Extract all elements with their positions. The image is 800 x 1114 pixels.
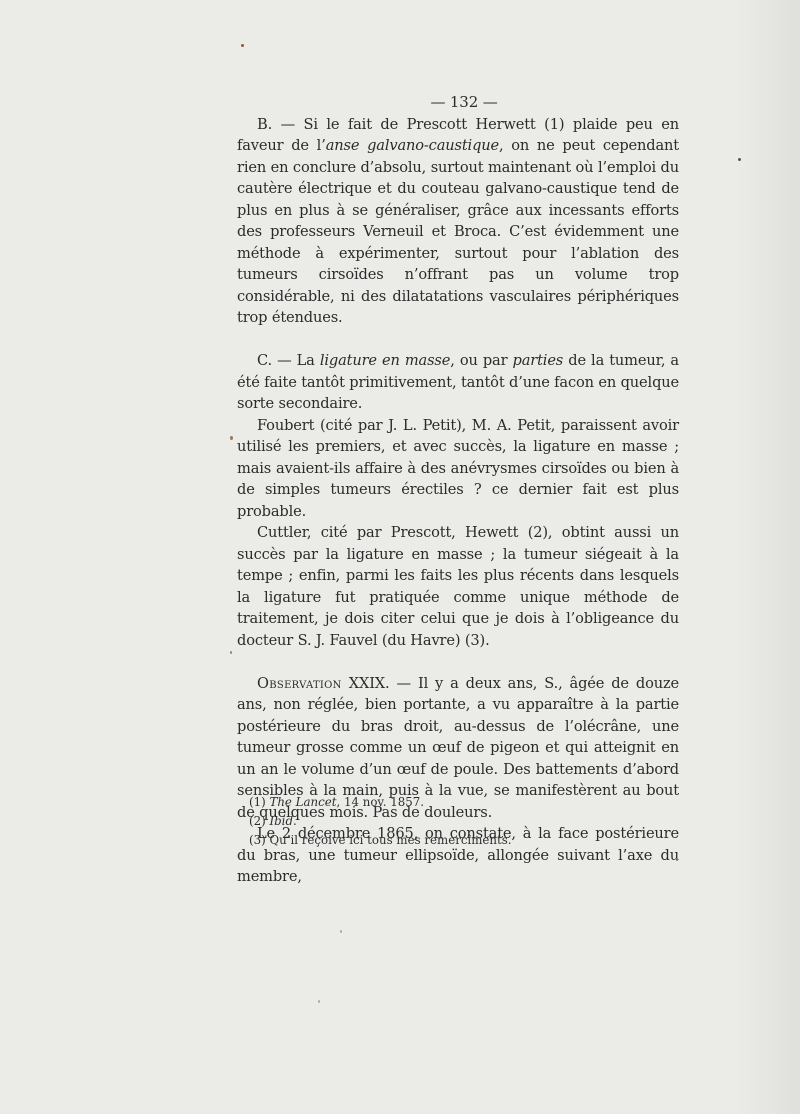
footnote-3: (3) Qu’il reçoive ici tous mes remercîme… [249,831,669,850]
paragraph-c-italic-ligature: ligature en masse [320,352,450,369]
paper-speck [241,44,244,47]
paper-speck [676,858,678,861]
paper-speck [738,158,741,161]
footnote-marker: (2) [249,814,266,828]
footnote-marker: (3) [249,833,266,847]
paragraph-c-italic-parties: parties [513,352,564,369]
paragraph-c-lead: C. — La [257,352,320,369]
footnotes: (1) The Lancet, 14 nov. 1857. (2) Ibid. … [249,793,669,850]
footnote-text: , 14 nov. 1857. [336,795,424,809]
page-number: — 132 — [237,92,679,114]
paper-speck [230,436,233,440]
paragraph-foubert: Foubert (cité par J. L. Petit), M. A. Pe… [237,415,679,523]
page-body: — 132 — B. — Si le fait de Prescott Herw… [237,92,679,888]
footnote-text: . [293,814,297,828]
paragraph-cuttler: Cuttler, cité par Prescott, Hewett (2), … [237,522,679,651]
footnote-italic: The Lancet [269,795,336,809]
footnote-italic: Ibid [269,814,293,828]
footnote-2: (2) Ibid. [249,812,669,831]
observation-label: Observation [257,675,342,692]
paper-speck [318,1000,320,1003]
paragraph-b: B. — Si le fait de Prescott Herwett (1) … [237,114,679,329]
paragraph-c: C. — La ligature en masse, ou par partie… [237,350,679,415]
observation-numeral: XXIX. [342,675,390,692]
paper-speck [340,930,342,933]
footnote-text: Qu’il reçoive ici tous mes remercîments. [269,833,511,847]
paper-speck [230,651,232,654]
paragraph-b-rest: , on ne peut cependant rien en conclure … [237,137,679,326]
book-page: — 132 — B. — Si le fait de Prescott Herw… [0,0,800,1114]
paragraph-b-italic: anse galvano-caustique [326,137,499,154]
footnote-marker: (1) [249,795,266,809]
footnote-1: (1) The Lancet, 14 nov. 1857. [249,793,669,812]
paragraph-c-mid: , ou par [450,352,512,369]
